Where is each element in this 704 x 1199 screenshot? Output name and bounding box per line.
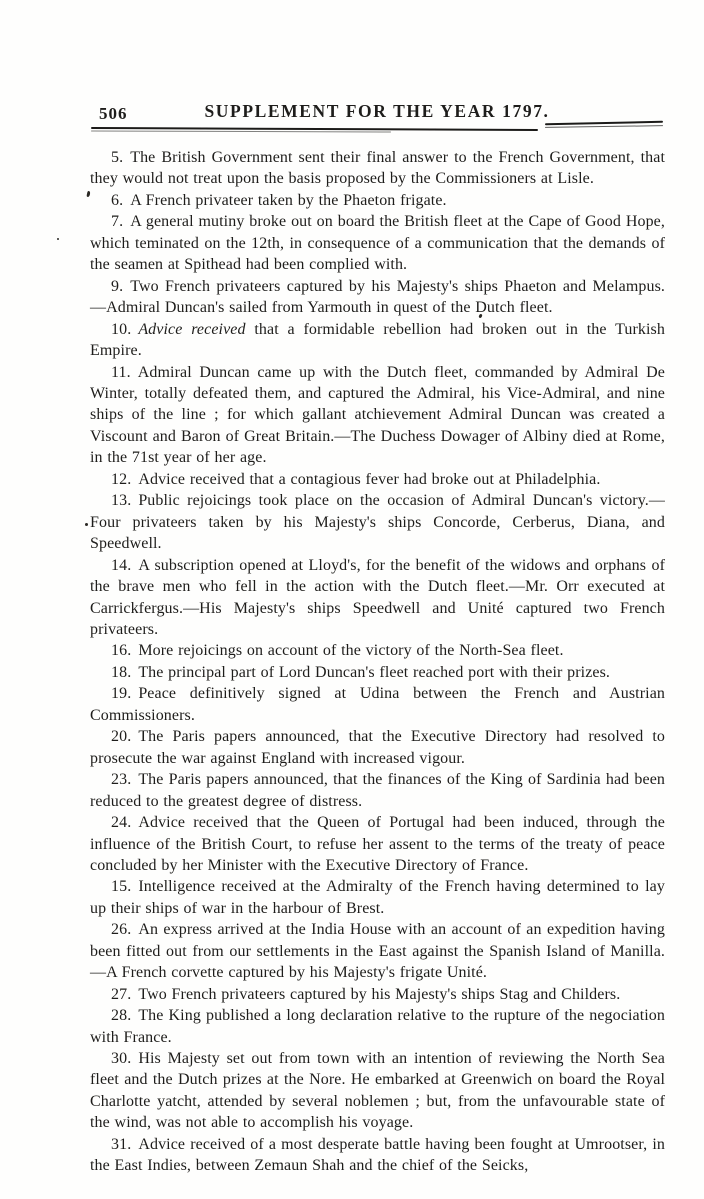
entry-number: 27. (111, 986, 138, 1003)
entry-text: The King published a long declaration re… (90, 1007, 665, 1045)
entry-text: Peace definitively signed at Udina betwe… (90, 685, 665, 723)
journal-entry: 18.The principal part of Lord Duncan's f… (90, 662, 665, 683)
journal-entry: 24.Advice received that the Queen of Por… (90, 812, 665, 876)
entry-number: 26. (111, 921, 138, 938)
journal-entry: 19.Peace definitively signed at Udina be… (90, 683, 665, 726)
entry-text: The principal part of Lord Duncan's flee… (138, 664, 610, 681)
journal-entry: 28.The King published a long declaration… (90, 1005, 665, 1048)
entry-text: Advice received that a contagious fever … (138, 471, 600, 488)
journal-entry: 26.An express arrived at the India House… (90, 919, 665, 983)
entry-number: 11. (111, 364, 138, 381)
entry-number: 30. (111, 1050, 138, 1067)
journal-entry: 5.The British Government sent their fina… (90, 147, 665, 190)
entry-text: More rejoicings on account of the victor… (138, 642, 563, 659)
entry-text: A general mutiny broke out on board the … (90, 213, 665, 273)
entry-number: 6. (111, 192, 130, 209)
journal-entry: 6.A French privateer taken by the Phaeto… (90, 190, 665, 211)
entry-italic-lead: Advice received (138, 321, 254, 338)
entry-text: Two French privateers captured by his Ma… (90, 278, 665, 316)
entry-text: The Paris papers announced, that the Exe… (90, 728, 665, 766)
entry-number: 14. (111, 557, 138, 574)
journal-entry: 12.Advice received that a contagious fev… (90, 469, 665, 490)
entry-number: 7. (111, 213, 130, 230)
journal-entry: 10.Advice received that a formidable reb… (90, 319, 665, 362)
entry-number: 5. (111, 149, 130, 166)
header-rule-shadow (91, 130, 391, 132)
entry-number: 20. (111, 728, 138, 745)
entry-number: 12. (111, 471, 138, 488)
journal-entry: 30.His Majesty set out from town with an… (90, 1048, 665, 1134)
ink-speck (85, 523, 88, 526)
entry-text: The Paris papers announced, that the fin… (90, 771, 665, 809)
entry-text: Advice received that the Queen of Portug… (90, 814, 665, 874)
entry-text: Intelligence received at the Admiralty o… (90, 878, 665, 916)
journal-entry: 15.Intelligence received at the Admiralt… (90, 876, 665, 919)
journal-entry: 16.More rejoicings on account of the vic… (90, 640, 665, 661)
entry-number: 31. (111, 1136, 138, 1153)
journal-entry: 20.The Paris papers announced, that the … (90, 726, 665, 769)
entry-text: Two French privateers captured by his Ma… (138, 986, 620, 1003)
entry-text: A subscription opened at Lloyd's, for th… (90, 557, 665, 638)
entry-text: Public rejoicings took place on the occa… (90, 492, 665, 552)
entry-text: Admiral Duncan came up with the Dutch fl… (90, 364, 665, 467)
entry-number: 10. (111, 321, 138, 338)
entry-text: His Majesty set out from town with an in… (90, 1050, 665, 1131)
journal-entry: 11.Admiral Duncan came up with the Dutch… (90, 362, 665, 469)
entry-number: 23. (111, 771, 138, 788)
entry-number: 9. (111, 278, 130, 295)
journal-entry: 9.Two French privateers captured by his … (90, 276, 665, 319)
entry-number: 16. (111, 642, 138, 659)
entry-text: An express arrived at the India House wi… (90, 921, 665, 981)
header-rule-right-shadow (545, 125, 663, 128)
journal-entry: 7.A general mutiny broke out on board th… (90, 211, 665, 275)
journal-entry: 23.The Paris papers announced, that the … (90, 769, 665, 812)
page-header-title: SUPPLEMENT FOR THE YEAR 1797. (90, 101, 664, 122)
entry-number: 28. (111, 1007, 138, 1024)
entry-number: 15. (111, 878, 138, 895)
entry-number: 18. (111, 664, 138, 681)
entry-number: 13. (111, 492, 138, 509)
journal-entry: 13.Public rejoicings took place on the o… (90, 490, 665, 554)
ink-speck (57, 238, 59, 240)
entry-text: The British Government sent their final … (90, 149, 665, 187)
entry-text: Advice received of a most desperate batt… (90, 1136, 665, 1174)
journal-entry: 27.Two French privateers captured by his… (90, 984, 665, 1005)
journal-entry: 31.Advice received of a most desperate b… (90, 1134, 665, 1177)
document-page: 506 SUPPLEMENT FOR THE YEAR 1797. 5.The … (0, 0, 704, 1199)
entry-number: 19. (111, 685, 138, 702)
journal-entry: 14.A subscription opened at Lloyd's, for… (90, 555, 665, 641)
entry-text: A French privateer taken by the Phaeton … (130, 192, 446, 209)
entry-number: 24. (111, 814, 138, 831)
page-body: 5.The British Government sent their fina… (90, 147, 665, 1177)
